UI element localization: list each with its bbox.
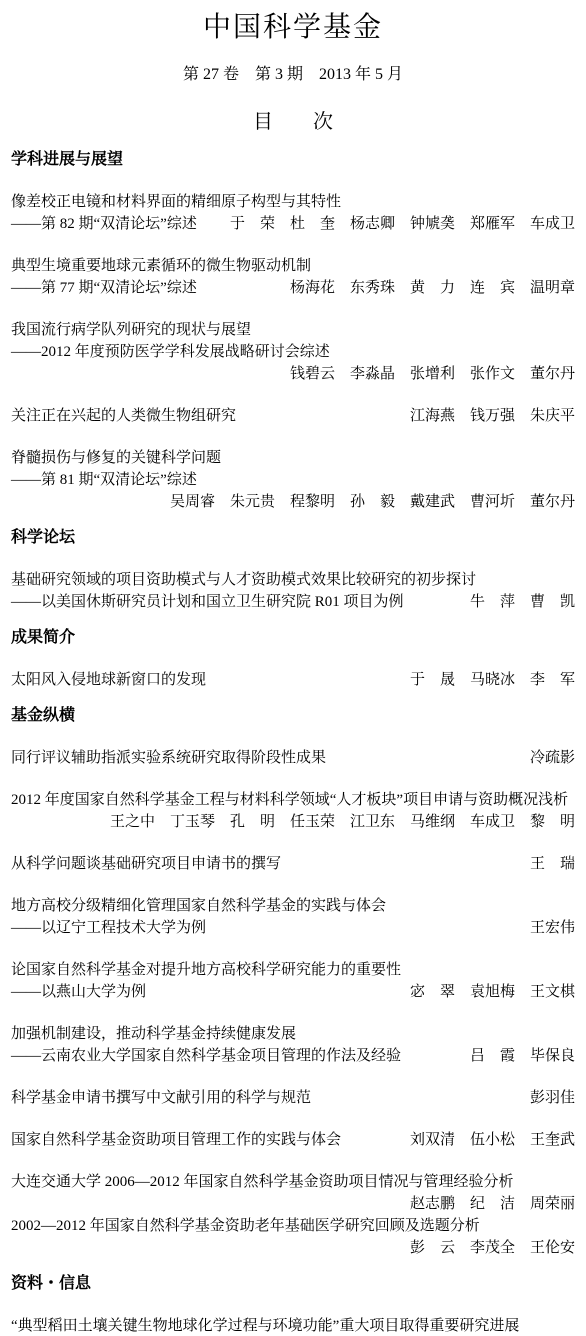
entry-authors: 刘双清 伍小松 王奎武 (398, 1129, 575, 1151)
entry-title: 像差校正电镜和材料界面的精细原子构型与其特性 (11, 191, 341, 213)
entry-title: 2012 年度国家自然科学基金工程与材料科学领域“人才板块”项目申请与资助概况浅… (11, 789, 568, 811)
masthead: 中国科学基金 第 27 卷 第 3 期 2013 年 5 月 目 次 (11, 10, 575, 135)
section-header: 资料・信息 (11, 1274, 575, 1294)
entry-subtitle: ——云南农业大学国家自然科学基金项目管理的作法及经验 (11, 1045, 401, 1067)
entry-authors: 牛 萍 曹 凯 (458, 591, 575, 613)
toc-entry: 基础研究领域的项目资助模式与人才资助模式效果比较研究的初步探讨——以美国休斯研究… (11, 569, 575, 613)
toc-entry: “典型稻田土壤关键生物地球化学过程与环境功能”重大项目取得重要研究进展 (11, 1315, 575, 1336)
entry-authors: 王 瑞 (518, 853, 575, 875)
entry-authors: 彭 云 李茂全 王伦安 (398, 1237, 575, 1259)
toc-entry-line: ——以辽宁工程技术大学为例王宏伟 (11, 917, 575, 939)
section-entries: 太阳风入侵地球新窗口的发现于 晟 马晓冰 李 军 (11, 669, 575, 691)
toc-entry-line: 典型生境重要地球元素循环的微生物驱动机制 (11, 255, 575, 277)
toc-entry-line: 吴周睿 朱元贵 程黎明 孙 毅 戴建武 曹河圻 董尔丹 (11, 491, 575, 513)
entry-authors: 于 荣 杜 奎 杨志卿 钟虓䶮 郑雁军 车成卫 (218, 213, 575, 235)
toc-section: 资料・信息“典型稻田土壤关键生物地球化学过程与环境功能”重大项目取得重要研究进展 (11, 1274, 575, 1336)
toc-entry-line: 脊髓损伤与修复的关键科学问题 (11, 447, 575, 469)
entry-authors: 钱碧云 李淼晶 张增利 张作文 董尔丹 (278, 363, 575, 385)
entry-authors: 杨海花 东秀珠 黄 力 连 宾 温明章 (278, 277, 575, 299)
toc-entry-line: ——2012 年度预防医学学科发展战略研讨会综述 (11, 341, 575, 363)
entry-subtitle: ——以辽宁工程技术大学为例 (11, 917, 206, 939)
entry-title: 从科学问题谈基础研究项目申请书的撰写 (11, 853, 281, 875)
entry-title: 加强机制建设，推动科学基金持续健康发展 (11, 1023, 296, 1045)
entry-subtitle: ——2012 年度预防医学学科发展战略研讨会综述 (11, 341, 330, 363)
toc-entry-line: ——第 77 期“双清论坛”综述杨海花 东秀珠 黄 力 连 宾 温明章 (11, 277, 575, 299)
toc-entry: 典型生境重要地球元素循环的微生物驱动机制——第 77 期“双清论坛”综述杨海花 … (11, 255, 575, 299)
entry-subtitle: ——第 82 期“双清论坛”综述 (11, 213, 197, 235)
toc-entry: 科学基金申请书撰写中文献引用的科学与规范彭羽佳 (11, 1087, 575, 1109)
section-header: 科学论坛 (11, 528, 575, 548)
toc-entry: 地方高校分级精细化管理国家自然科学基金的实践与体会——以辽宁工程技术大学为例王宏… (11, 895, 575, 939)
toc-entry: 2002—2012 年国家自然科学基金资助老年基础医学研究回顾及选题分析彭 云 … (11, 1215, 575, 1259)
toc-entry: 太阳风入侵地球新窗口的发现于 晟 马晓冰 李 军 (11, 669, 575, 691)
entry-title: 典型生境重要地球元素循环的微生物驱动机制 (11, 255, 311, 277)
toc-entry: 国家自然科学基金资助项目管理工作的实践与体会刘双清 伍小松 王奎武 (11, 1129, 575, 1151)
entry-subtitle: ——以燕山大学为例 (11, 981, 146, 1003)
toc-section: 学科进展与展望像差校正电镜和材料界面的精细原子构型与其特性——第 82 期“双清… (11, 150, 575, 513)
journal-title: 中国科学基金 (11, 10, 575, 46)
toc-entry: 论国家自然科学基金对提升地方高校科学研究能力的重要性——以燕山大学为例宓 翠 袁… (11, 959, 575, 1003)
entry-authors: 宓 翠 袁旭梅 王文棋 (398, 981, 575, 1003)
toc-entry: 从科学问题谈基础研究项目申请书的撰写王 瑞 (11, 853, 575, 875)
toc-entry: 像差校正电镜和材料界面的精细原子构型与其特性——第 82 期“双清论坛”综述于 … (11, 191, 575, 235)
entry-authors: 江海燕 钱万强 朱庆平 (398, 405, 575, 427)
toc-entry-line: 基础研究领域的项目资助模式与人才资助模式效果比较研究的初步探讨 (11, 569, 575, 591)
toc-entry-line: 钱碧云 李淼晶 张增利 张作文 董尔丹 (11, 363, 575, 385)
section-header: 学科进展与展望 (11, 150, 575, 170)
entry-title: 关注正在兴起的人类微生物组研究 (11, 405, 236, 427)
entry-title: 2002—2012 年国家自然科学基金资助老年基础医学研究回顾及选题分析 (11, 1215, 480, 1237)
entry-authors: 赵志鹏 纪 洁 周荣丽 (398, 1193, 575, 1215)
toc-sections: 学科进展与展望像差校正电镜和材料界面的精细原子构型与其特性——第 82 期“双清… (11, 150, 575, 1336)
issue-info: 第 27 卷 第 3 期 2013 年 5 月 (11, 65, 575, 85)
entry-title: 同行评议辅助指派实验系统研究取得阶段性成果 (11, 747, 326, 769)
toc-page: 中国科学基金 第 27 卷 第 3 期 2013 年 5 月 目 次 学科进展与… (0, 0, 586, 1336)
toc-section: 成果简介太阳风入侵地球新窗口的发现于 晟 马晓冰 李 军 (11, 628, 575, 691)
toc-section: 基金纵横同行评议辅助指派实验系统研究取得阶段性成果冷疏影2012 年度国家自然科… (11, 706, 575, 1259)
toc-entry-line: ——第 82 期“双清论坛”综述于 荣 杜 奎 杨志卿 钟虓䶮 郑雁军 车成卫 (11, 213, 575, 235)
entry-authors: 彭羽佳 (518, 1087, 575, 1109)
entry-title: 脊髓损伤与修复的关键科学问题 (11, 447, 221, 469)
entry-title: 地方高校分级精细化管理国家自然科学基金的实践与体会 (11, 895, 386, 917)
toc-entry-line: 关注正在兴起的人类微生物组研究江海燕 钱万强 朱庆平 (11, 405, 575, 427)
toc-entry-line: 从科学问题谈基础研究项目申请书的撰写王 瑞 (11, 853, 575, 875)
entry-authors: 吴周睿 朱元贵 程黎明 孙 毅 戴建武 曹河圻 董尔丹 (158, 491, 575, 513)
entry-title: “典型稻田土壤关键生物地球化学过程与环境功能”重大项目取得重要研究进展 (11, 1315, 519, 1336)
entry-subtitle: ——以美国休斯研究员计划和国立卫生研究院 R01 项目为例 (11, 591, 404, 613)
toc-entry: 脊髓损伤与修复的关键科学问题——第 81 期“双清论坛”综述吴周睿 朱元贵 程黎… (11, 447, 575, 513)
entry-authors: 王宏伟 (518, 917, 575, 939)
entry-title: 国家自然科学基金资助项目管理工作的实践与体会 (11, 1129, 341, 1151)
section-entries: 同行评议辅助指派实验系统研究取得阶段性成果冷疏影2012 年度国家自然科学基金工… (11, 747, 575, 1259)
toc-entry: 关注正在兴起的人类微生物组研究江海燕 钱万强 朱庆平 (11, 405, 575, 427)
section-entries: 基础研究领域的项目资助模式与人才资助模式效果比较研究的初步探讨——以美国休斯研究… (11, 569, 575, 613)
section-entries: “典型稻田土壤关键生物地球化学过程与环境功能”重大项目取得重要研究进展 (11, 1315, 575, 1336)
toc-entry-line: 加强机制建设，推动科学基金持续健康发展 (11, 1023, 575, 1045)
toc-entry: 同行评议辅助指派实验系统研究取得阶段性成果冷疏影 (11, 747, 575, 769)
toc-section: 科学论坛基础研究领域的项目资助模式与人才资助模式效果比较研究的初步探讨——以美国… (11, 528, 575, 613)
entry-authors: 王之中 丁玉琴 孔 明 任玉荣 江卫东 马维纲 车成卫 黎 明 (98, 811, 575, 833)
toc-entry: 加强机制建设，推动科学基金持续健康发展——云南农业大学国家自然科学基金项目管理的… (11, 1023, 575, 1067)
toc-entry-line: 彭 云 李茂全 王伦安 (11, 1237, 575, 1259)
entry-title: 太阳风入侵地球新窗口的发现 (11, 669, 206, 691)
toc-entry-line: 王之中 丁玉琴 孔 明 任玉荣 江卫东 马维纲 车成卫 黎 明 (11, 811, 575, 833)
section-entries: 像差校正电镜和材料界面的精细原子构型与其特性——第 82 期“双清论坛”综述于 … (11, 191, 575, 513)
toc-entry-line: ——以燕山大学为例宓 翠 袁旭梅 王文棋 (11, 981, 575, 1003)
toc-entry-line: 论国家自然科学基金对提升地方高校科学研究能力的重要性 (11, 959, 575, 981)
toc-entry-line: 赵志鹏 纪 洁 周荣丽 (11, 1193, 575, 1215)
section-header: 成果简介 (11, 628, 575, 648)
toc-entry-line: ——第 81 期“双清论坛”综述 (11, 469, 575, 491)
entry-title: 我国流行病学队列研究的现状与展望 (11, 319, 251, 341)
toc-entry-line: “典型稻田土壤关键生物地球化学过程与环境功能”重大项目取得重要研究进展 (11, 1315, 575, 1336)
entry-title: 大连交通大学 2006—2012 年国家自然科学基金资助项目情况与管理经验分析 (11, 1171, 514, 1193)
entry-title: 基础研究领域的项目资助模式与人才资助模式效果比较研究的初步探讨 (11, 569, 476, 591)
toc-heading: 目 次 (11, 109, 575, 135)
toc-entry-line: 国家自然科学基金资助项目管理工作的实践与体会刘双清 伍小松 王奎武 (11, 1129, 575, 1151)
entry-subtitle: ——第 81 期“双清论坛”综述 (11, 469, 197, 491)
entry-authors: 于 晟 马晓冰 李 军 (398, 669, 575, 691)
toc-entry-line: 太阳风入侵地球新窗口的发现于 晟 马晓冰 李 军 (11, 669, 575, 691)
entry-authors: 吕 霞 毕保良 (458, 1045, 575, 1067)
toc-entry: 我国流行病学队列研究的现状与展望——2012 年度预防医学学科发展战略研讨会综述… (11, 319, 575, 385)
toc-entry-line: 2002—2012 年国家自然科学基金资助老年基础医学研究回顾及选题分析 (11, 1215, 575, 1237)
entry-authors: 冷疏影 (518, 747, 575, 769)
toc-entry-line: 同行评议辅助指派实验系统研究取得阶段性成果冷疏影 (11, 747, 575, 769)
toc-entry: 2012 年度国家自然科学基金工程与材料科学领域“人才板块”项目申请与资助概况浅… (11, 789, 575, 833)
entry-title: 论国家自然科学基金对提升地方高校科学研究能力的重要性 (11, 959, 401, 981)
entry-subtitle: ——第 77 期“双清论坛”综述 (11, 277, 197, 299)
section-header: 基金纵横 (11, 706, 575, 726)
toc-entry-line: 像差校正电镜和材料界面的精细原子构型与其特性 (11, 191, 575, 213)
entry-title: 科学基金申请书撰写中文献引用的科学与规范 (11, 1087, 311, 1109)
toc-entry: 大连交通大学 2006—2012 年国家自然科学基金资助项目情况与管理经验分析赵… (11, 1171, 575, 1215)
toc-entry-line: 2012 年度国家自然科学基金工程与材料科学领域“人才板块”项目申请与资助概况浅… (11, 789, 575, 811)
toc-entry-line: ——以美国休斯研究员计划和国立卫生研究院 R01 项目为例牛 萍 曹 凯 (11, 591, 575, 613)
toc-entry-line: 大连交通大学 2006—2012 年国家自然科学基金资助项目情况与管理经验分析 (11, 1171, 575, 1193)
toc-entry-line: 地方高校分级精细化管理国家自然科学基金的实践与体会 (11, 895, 575, 917)
toc-entry-line: ——云南农业大学国家自然科学基金项目管理的作法及经验吕 霞 毕保良 (11, 1045, 575, 1067)
toc-entry-line: 科学基金申请书撰写中文献引用的科学与规范彭羽佳 (11, 1087, 575, 1109)
toc-entry-line: 我国流行病学队列研究的现状与展望 (11, 319, 575, 341)
